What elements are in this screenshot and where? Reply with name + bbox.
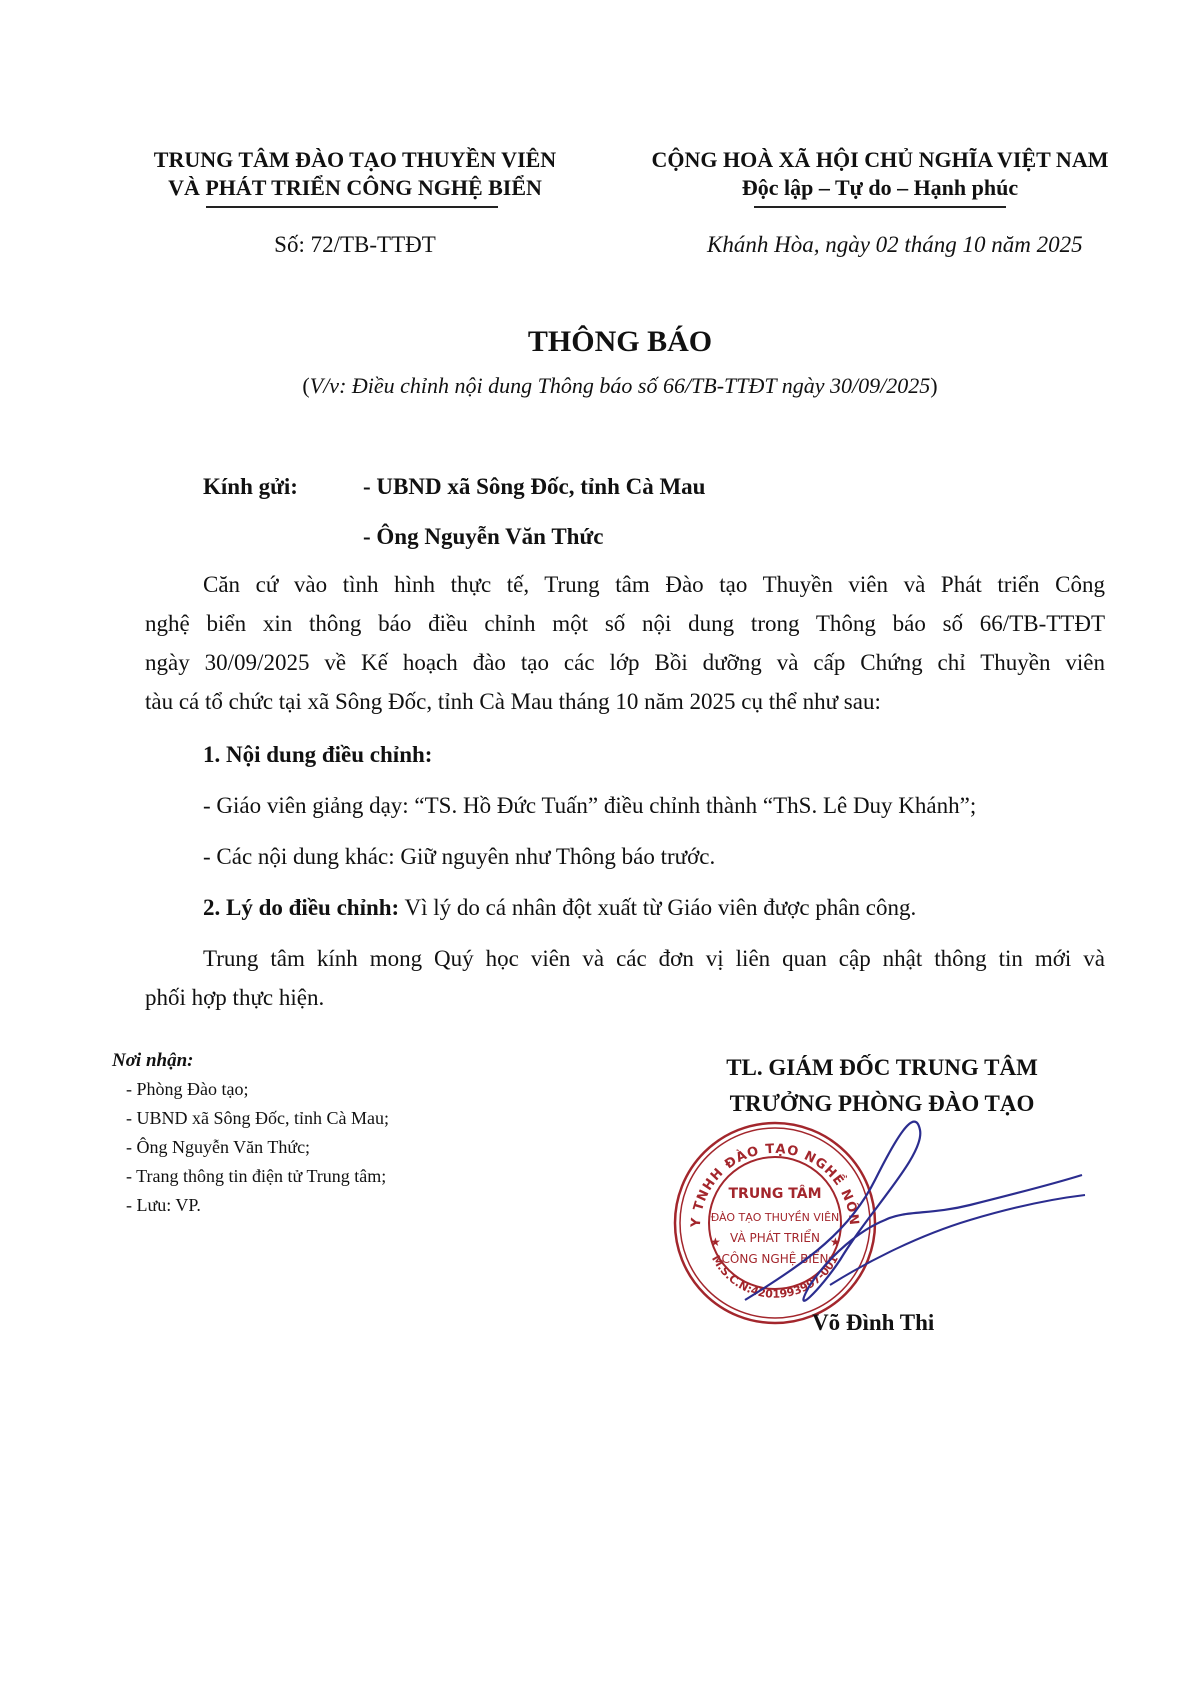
place-date: Khánh Hòa, ngày 02 tháng 10 năm 2025: [707, 232, 1083, 258]
signer-title-line1: TL. GIÁM ĐỐC TRUNG TÂM: [726, 1050, 1038, 1086]
recipient-item: - Phòng Đào tạo;: [126, 1075, 389, 1104]
recipient-item: - Ông Nguyễn Văn Thức;: [126, 1133, 389, 1162]
closing-line: phối hợp thực hiện.: [145, 985, 1105, 1011]
org-underline: [206, 206, 498, 208]
document-number: Số: 72/TB-TTĐT: [274, 232, 436, 258]
recipients-label: Nơi nhận:: [112, 1050, 193, 1072]
document-subject: (V/v: Điều chỉnh nội dung Thông báo số 6…: [302, 373, 937, 399]
intro-line: tàu cá tổ chức tại xã Sông Đốc, tỉnh Cà …: [145, 689, 1105, 715]
recipient-item: - UBND xã Sông Đốc, tỉnh Cà Mau;: [126, 1104, 389, 1133]
motto-underline: [754, 206, 1006, 208]
signer-name: Võ Đình Thi: [812, 1310, 934, 1336]
nation-title: CỘNG HOÀ XÃ HỘI CHỦ NGHĨA VIỆT NAM: [652, 146, 1109, 174]
section1-item: - Giáo viên giảng dạy: “TS. Hồ Đức Tuấn”…: [203, 793, 976, 819]
addressee-item: - UBND xã Sông Đốc, tỉnh Cà Mau: [363, 474, 705, 500]
intro-line: nghệ biển xin thông báo điều chỉnh một s…: [145, 611, 1105, 637]
document-title: THÔNG BÁO: [528, 325, 712, 359]
nation-motto: Độc lập – Tự do – Hạnh phúc: [742, 174, 1018, 202]
closing-line: Trung tâm kính mong Quý học viên và các …: [203, 946, 1105, 972]
org-name-line1: TRUNG TÂM ĐÀO TẠO THUYỀN VIÊN: [154, 146, 556, 174]
section2: 2. Lý do điều chỉnh: Vì lý do cá nhân độ…: [203, 895, 916, 921]
subject-text: V/v: Điều chỉnh nội dung Thông báo số 66…: [310, 373, 931, 398]
section2-heading: 2. Lý do điều chỉnh:: [203, 895, 399, 920]
section2-text: Vì lý do cá nhân đột xuất từ Giáo viên đ…: [399, 895, 916, 920]
addressee-item: - Ông Nguyễn Văn Thức: [363, 524, 603, 550]
subject-paren-close: ): [930, 373, 937, 398]
recipient-item: - Lưu: VP.: [126, 1191, 389, 1220]
handwritten-signature-icon: [670, 1110, 1090, 1340]
section1-item: - Các nội dung khác: Giữ nguyên như Thôn…: [203, 844, 715, 870]
org-name-line2: VÀ PHÁT TRIỂN CÔNG NGHỆ BIỂN: [168, 174, 542, 202]
section1-heading: 1. Nội dung điều chỉnh:: [203, 742, 432, 768]
addressee-label: Kính gửi:: [203, 474, 298, 500]
recipients-list: - Phòng Đào tạo; - UBND xã Sông Đốc, tỉn…: [126, 1075, 389, 1220]
recipient-item: - Trang thông tin điện tử Trung tâm;: [126, 1162, 389, 1191]
intro-line: Căn cứ vào tình hình thực tế, Trung tâm …: [203, 572, 1105, 598]
intro-line: ngày 30/09/2025 về Kế hoạch đào tạo các …: [145, 650, 1105, 676]
